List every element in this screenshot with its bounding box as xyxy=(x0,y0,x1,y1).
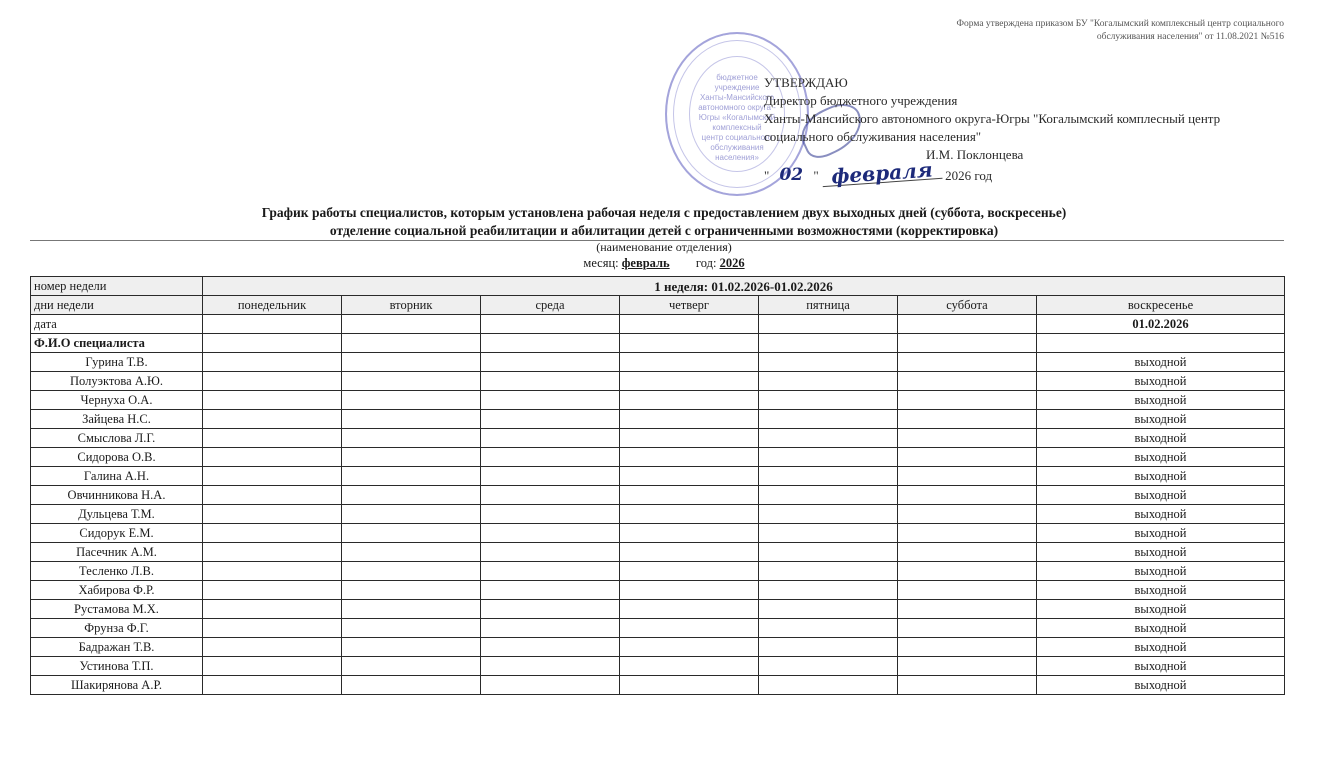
approval-year: 2026 год xyxy=(945,168,992,183)
weekday-4: пятница xyxy=(759,296,898,315)
specialist-name: Дульцева Т.М. xyxy=(31,505,203,524)
schedule-cell: выходной xyxy=(1037,448,1285,467)
table-row: Фрунза Ф.Г.выходной xyxy=(31,619,1285,638)
table-row: Смыслова Л.Г.выходной xyxy=(31,429,1285,448)
specialist-name: Шакирянова А.Р. xyxy=(31,676,203,695)
schedule-cell xyxy=(342,619,481,638)
schedule-cell xyxy=(481,429,620,448)
date-cell-1 xyxy=(342,315,481,334)
schedule-cell xyxy=(759,638,898,657)
schedule-cell: выходной xyxy=(1037,619,1285,638)
dates-row: дата 01.02.2026 xyxy=(31,315,1285,334)
specialist-name: Рустамова М.Х. xyxy=(31,600,203,619)
schedule-cell xyxy=(342,581,481,600)
schedule-cell xyxy=(620,619,759,638)
schedule-cell xyxy=(481,543,620,562)
table-row: Бадражан Т.В.выходной xyxy=(31,638,1285,657)
approval-heading: УТВЕРЖДАЮ xyxy=(764,74,1220,92)
schedule-cell xyxy=(203,543,342,562)
schedule-cell: выходной xyxy=(1037,410,1285,429)
schedule-cell xyxy=(481,638,620,657)
schedule-cell xyxy=(620,657,759,676)
schedule-cell xyxy=(759,505,898,524)
date-label: дата xyxy=(31,315,203,334)
weekday-1: вторник xyxy=(342,296,481,315)
schedule-cell xyxy=(203,448,342,467)
schedule-cell xyxy=(481,581,620,600)
form-approval-note: Форма утверждена приказом БУ "Когалымски… xyxy=(924,18,1284,44)
schedule-cell xyxy=(898,486,1037,505)
name-header-row: Ф.И.О специалиста xyxy=(31,334,1285,353)
schedule-cell xyxy=(620,600,759,619)
schedule-cell xyxy=(203,676,342,695)
table-row: Овчинникова Н.А.выходной xyxy=(31,486,1285,505)
schedule-cell xyxy=(759,391,898,410)
weekday-5: суббота xyxy=(898,296,1037,315)
schedule-cell xyxy=(481,353,620,372)
schedule-cell: выходной xyxy=(1037,429,1285,448)
table-row: Шакирянова А.Р.выходной xyxy=(31,676,1285,695)
schedule-cell xyxy=(898,619,1037,638)
schedule-cell xyxy=(203,486,342,505)
schedule-cell xyxy=(342,638,481,657)
table-row: Галина А.Н.выходной xyxy=(31,467,1285,486)
schedule-cell xyxy=(620,467,759,486)
specialist-name: Хабирова Ф.Р. xyxy=(31,581,203,600)
schedule-cell xyxy=(203,619,342,638)
date-cell-3 xyxy=(620,315,759,334)
schedule-cell: выходной xyxy=(1037,486,1285,505)
department-name: отделение социальной реабилитации и абил… xyxy=(0,222,1328,239)
schedule-cell xyxy=(481,505,620,524)
schedule-cell xyxy=(620,638,759,657)
schedule-cell xyxy=(203,353,342,372)
specialist-name: Галина А.Н. xyxy=(31,467,203,486)
specialist-name: Чернуха О.А. xyxy=(31,391,203,410)
schedule-title: График работы специалистов, которым уста… xyxy=(0,204,1328,221)
schedule-cell: выходной xyxy=(1037,467,1285,486)
schedule-cell xyxy=(759,581,898,600)
specialist-name: Полуэктова А.Ю. xyxy=(31,372,203,391)
schedule-cell xyxy=(898,676,1037,695)
schedule-cell: выходной xyxy=(1037,505,1285,524)
schedule-cell xyxy=(759,619,898,638)
schedule-cell xyxy=(203,600,342,619)
weekdays-row: дни недели понедельниквторниксредачетвер… xyxy=(31,296,1285,315)
schedule-cell xyxy=(620,391,759,410)
schedule-cell: выходной xyxy=(1037,391,1285,410)
schedule-cell xyxy=(481,391,620,410)
specialist-name: Фрунза Ф.Г. xyxy=(31,619,203,638)
table-row: Гурина Т.В.выходной xyxy=(31,353,1285,372)
specialist-name: Сидорова О.В. xyxy=(31,448,203,467)
schedule-cell xyxy=(898,353,1037,372)
schedule-cell xyxy=(203,638,342,657)
schedule-cell xyxy=(898,410,1037,429)
weekday-0: понедельник xyxy=(203,296,342,315)
schedule-cell: выходной xyxy=(1037,581,1285,600)
weekday-2: среда xyxy=(481,296,620,315)
schedule-cell xyxy=(898,505,1037,524)
specialist-name: Бадражан Т.В. xyxy=(31,638,203,657)
schedule-cell xyxy=(898,391,1037,410)
approval-position-3: социального обслуживания населения" xyxy=(764,128,1220,146)
schedule-cell xyxy=(342,429,481,448)
schedule-cell xyxy=(203,581,342,600)
schedule-cell xyxy=(759,467,898,486)
schedule-cell: выходной xyxy=(1037,676,1285,695)
specialist-name: Гурина Т.В. xyxy=(31,353,203,372)
schedule-cell xyxy=(759,676,898,695)
schedule-cell xyxy=(620,676,759,695)
name-header: Ф.И.О специалиста xyxy=(31,334,203,353)
schedule-cell xyxy=(203,372,342,391)
specialist-name: Зайцева Н.С. xyxy=(31,410,203,429)
table-row: Тесленко Л.В.выходной xyxy=(31,562,1285,581)
schedule-cell: выходной xyxy=(1037,372,1285,391)
schedule-cell xyxy=(898,372,1037,391)
schedule-cell xyxy=(342,486,481,505)
schedule-cell xyxy=(342,467,481,486)
schedule-table: номер недели 1 неделя: 01.02.2026-01.02.… xyxy=(30,276,1285,695)
schedule-cell xyxy=(759,429,898,448)
schedule-cell: выходной xyxy=(1037,353,1285,372)
schedule-cell xyxy=(203,505,342,524)
schedule-cell xyxy=(342,676,481,695)
schedule-cell xyxy=(203,562,342,581)
department-caption: (наименование отделения) xyxy=(0,240,1328,255)
approval-position-1: Директор бюджетного учреждения xyxy=(764,92,1220,110)
table-row: Сидорова О.В.выходной xyxy=(31,448,1285,467)
schedule-cell xyxy=(342,562,481,581)
approval-signatory: И.М. Поклонцева xyxy=(926,146,1220,164)
table-row: Устинова Т.П.выходной xyxy=(31,657,1285,676)
schedule-cell xyxy=(898,448,1037,467)
weekday-3: четверг xyxy=(620,296,759,315)
schedule-cell xyxy=(342,505,481,524)
schedule-cell xyxy=(759,372,898,391)
schedule-cell xyxy=(759,524,898,543)
schedule-cell: выходной xyxy=(1037,543,1285,562)
schedule-cell: выходной xyxy=(1037,638,1285,657)
specialist-name: Овчинникова Н.А. xyxy=(31,486,203,505)
weekdays-label: дни недели xyxy=(31,296,203,315)
schedule-cell xyxy=(898,638,1037,657)
schedule-cell xyxy=(759,562,898,581)
schedule-cell xyxy=(481,467,620,486)
schedule-cell xyxy=(342,353,481,372)
approval-month: февраля xyxy=(821,160,942,187)
date-cell-6: 01.02.2026 xyxy=(1037,315,1285,334)
schedule-cell xyxy=(620,581,759,600)
approval-position-2: Ханты-Мансийского автономного округа-Югр… xyxy=(764,110,1220,128)
year-label: год: xyxy=(696,256,717,270)
specialist-name: Сидорук Е.М. xyxy=(31,524,203,543)
schedule-cell xyxy=(481,657,620,676)
period-line: месяц: февраль год: 2026 xyxy=(0,256,1328,271)
schedule-cell xyxy=(759,410,898,429)
schedule-cell xyxy=(481,619,620,638)
week-number-row: номер недели 1 неделя: 01.02.2026-01.02.… xyxy=(31,277,1285,296)
year-value: 2026 xyxy=(720,256,745,270)
schedule-cell xyxy=(481,372,620,391)
schedule-cell xyxy=(898,524,1037,543)
table-row: Пасечник А.М.выходной xyxy=(31,543,1285,562)
week-number-label: номер недели xyxy=(31,277,203,296)
schedule-cell xyxy=(898,467,1037,486)
schedule-cell xyxy=(620,543,759,562)
schedule-cell xyxy=(620,429,759,448)
schedule-cell xyxy=(481,486,620,505)
schedule-cell xyxy=(481,600,620,619)
table-row: Хабирова Ф.Р.выходной xyxy=(31,581,1285,600)
schedule-cell xyxy=(620,486,759,505)
table-row: Рустамова М.Х.выходной xyxy=(31,600,1285,619)
schedule-cell xyxy=(203,524,342,543)
schedule-cell xyxy=(759,448,898,467)
schedule-cell xyxy=(898,657,1037,676)
specialist-name: Тесленко Л.В. xyxy=(31,562,203,581)
weekday-6: воскресенье xyxy=(1037,296,1285,315)
schedule-cell xyxy=(481,562,620,581)
schedule-cell xyxy=(342,657,481,676)
schedule-cell xyxy=(898,562,1037,581)
table-row: Дульцева Т.М.выходной xyxy=(31,505,1285,524)
schedule-cell xyxy=(342,524,481,543)
schedule-cell: выходной xyxy=(1037,657,1285,676)
schedule-cell xyxy=(620,410,759,429)
schedule-cell xyxy=(898,429,1037,448)
date-cell-4 xyxy=(759,315,898,334)
specialist-name: Смыслова Л.Г. xyxy=(31,429,203,448)
schedule-cell xyxy=(620,353,759,372)
approval-day: 02 xyxy=(769,166,813,184)
schedule-cell: выходной xyxy=(1037,524,1285,543)
schedule-cell xyxy=(481,448,620,467)
week-title: 1 неделя: 01.02.2026-01.02.2026 xyxy=(203,277,1285,296)
schedule-cell xyxy=(203,410,342,429)
schedule-cell xyxy=(620,448,759,467)
table-row: Зайцева Н.С.выходной xyxy=(31,410,1285,429)
schedule-cell xyxy=(342,448,481,467)
schedule-cell xyxy=(481,676,620,695)
schedule-cell xyxy=(898,543,1037,562)
schedule-cell xyxy=(759,543,898,562)
schedule-cell xyxy=(342,600,481,619)
date-cell-0 xyxy=(203,315,342,334)
schedule-cell xyxy=(342,372,481,391)
schedule-cell xyxy=(620,505,759,524)
schedule-cell xyxy=(620,524,759,543)
specialist-name: Устинова Т.П. xyxy=(31,657,203,676)
schedule-cell xyxy=(203,429,342,448)
schedule-cell xyxy=(898,600,1037,619)
date-cell-5 xyxy=(898,315,1037,334)
schedule-cell xyxy=(342,543,481,562)
schedule-cell xyxy=(342,391,481,410)
specialist-name: Пасечник А.М. xyxy=(31,543,203,562)
schedule-cell xyxy=(620,372,759,391)
table-row: Сидорук Е.М.выходной xyxy=(31,524,1285,543)
month-label: месяц: xyxy=(583,256,618,270)
schedule-cell xyxy=(481,410,620,429)
date-cell-2 xyxy=(481,315,620,334)
month-value: февраль xyxy=(622,256,670,270)
schedule-cell xyxy=(898,581,1037,600)
schedule-cell xyxy=(203,657,342,676)
schedule-cell xyxy=(759,353,898,372)
schedule-cell: выходной xyxy=(1037,600,1285,619)
schedule-cell xyxy=(203,391,342,410)
approval-block: УТВЕРЖДАЮ Директор бюджетного учреждения… xyxy=(764,74,1220,185)
schedule-cell: выходной xyxy=(1037,562,1285,581)
schedule-cell xyxy=(620,562,759,581)
schedule-cell xyxy=(481,524,620,543)
schedule-cell xyxy=(759,657,898,676)
date-quote-close: " xyxy=(813,168,818,183)
table-row: Полуэктова А.Ю.выходной xyxy=(31,372,1285,391)
approval-date: "02" февраля 2026 год xyxy=(764,164,1220,185)
schedule-cell xyxy=(203,467,342,486)
schedule-cell xyxy=(759,600,898,619)
schedule-cell xyxy=(759,486,898,505)
schedule-cell xyxy=(342,410,481,429)
table-row: Чернуха О.А.выходной xyxy=(31,391,1285,410)
